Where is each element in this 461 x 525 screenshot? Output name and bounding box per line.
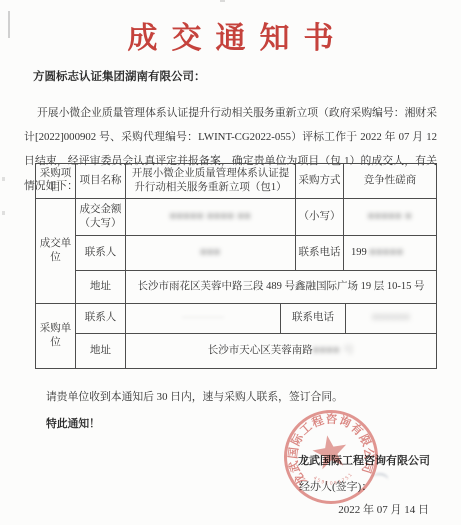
cell-deal-phone-label: 联系电话 [296,236,344,271]
cell-buyer-address-label: 地址 [76,334,126,369]
redacted-amount-figures: ■■■■■ ■ [368,210,412,225]
buyer-contact-row: ———— 联系电话 ■■■■■■ [126,304,437,334]
cell-amount-words: ■■■■■ ■■■■ ■■ [126,199,296,236]
procurement-table: 采购项目 项目名称 开展小微企业质量管理体系认证提升行动相关服务重新立项（包1）… [35,163,437,369]
cell-project-name-label: 项目名称 [76,164,126,199]
addressee: 方圆标志认证集团湖南有限公司： [33,68,206,84]
cell-buyer-phone-value: ■■■■■■ [346,304,436,333]
cell-deal-unit-label: 成交单位 [36,199,76,304]
cell-buyer-unit-label: 采购单位 [36,304,76,369]
notice-line: 请贵单位收到本通知后 30 日内，速与采购人联系，签订合同。 [24,389,437,404]
company-seal: 龙武国际工程咨询有限公司 4591093751 [274,400,388,514]
redacted-phone-digits: ■■■■■ [369,246,403,261]
redacted-contact-name: ■■■ [200,246,221,261]
svg-text:4591093751: 4591093751 [311,468,356,490]
conclusion-line: 特此通知！ [24,416,100,431]
cell-buyer-contact-name: ———— [126,304,281,333]
cell-buyer-contact-label: 联系人 [76,304,126,334]
cell-purchase-method-value: 竞争性磋商 [344,164,437,199]
cell-deal-phone-value: 199 ■■■■■ [344,236,437,271]
cell-purchase-method-label: 采购方式 [296,164,344,199]
seal-star [310,432,349,470]
redacted-amount-words: ■■■■■ ■■■■ ■■ [170,210,252,225]
document-title: 成交通知书 [0,13,461,57]
cell-deal-address-value: 长沙市雨花区芙蓉中路三段 489 号鑫融国际广场 19 层 10-15 号 [126,271,437,304]
redacted-buyer-address: ■■■■ 号 [313,344,355,359]
cell-buyer-phone-label: 联系电话 [281,304,346,333]
scan-artifact-dot [220,0,225,2]
seal-code-text: 4591093751 [311,468,356,490]
cell-buyer-address-value: 长沙市天心区芙蓉南路■■■■ 号 [126,334,437,369]
phone-prefix: 199 [351,246,367,261]
cell-deal-contact-label: 联系人 [76,236,126,271]
buyer-address-visible: 长沙市天心区芙蓉南路 [208,344,313,359]
redacted-buyer-contact: ———— [182,311,224,326]
cell-amount-label: 成交金额（大写） [76,199,126,236]
redacted-buyer-phone: ■■■■■■ [372,311,410,326]
cell-amount-small-label: （小写） [296,199,344,236]
cell-project-name: 开展小微企业质量管理体系认证提升行动相关服务重新立项（包1） [126,164,296,199]
signature-date: 2022 年 07 月 14 日 [338,501,429,517]
document-page: 成交通知书 方圆标志认证集团湖南有限公司： 开展小微企业质量管理体系认证提升行动… [0,0,461,525]
scan-artifact-speck [2,211,5,215]
scan-artifact-speck [2,177,5,181]
cell-deal-contact-name: ■■■ [126,236,296,271]
cell-amount-figures: ■■■■■ ■ [344,199,437,236]
cell-deal-address-label: 地址 [76,271,126,304]
scan-artifact-line [8,11,10,38]
cell-purchase-project-label: 采购项目 [36,164,76,199]
